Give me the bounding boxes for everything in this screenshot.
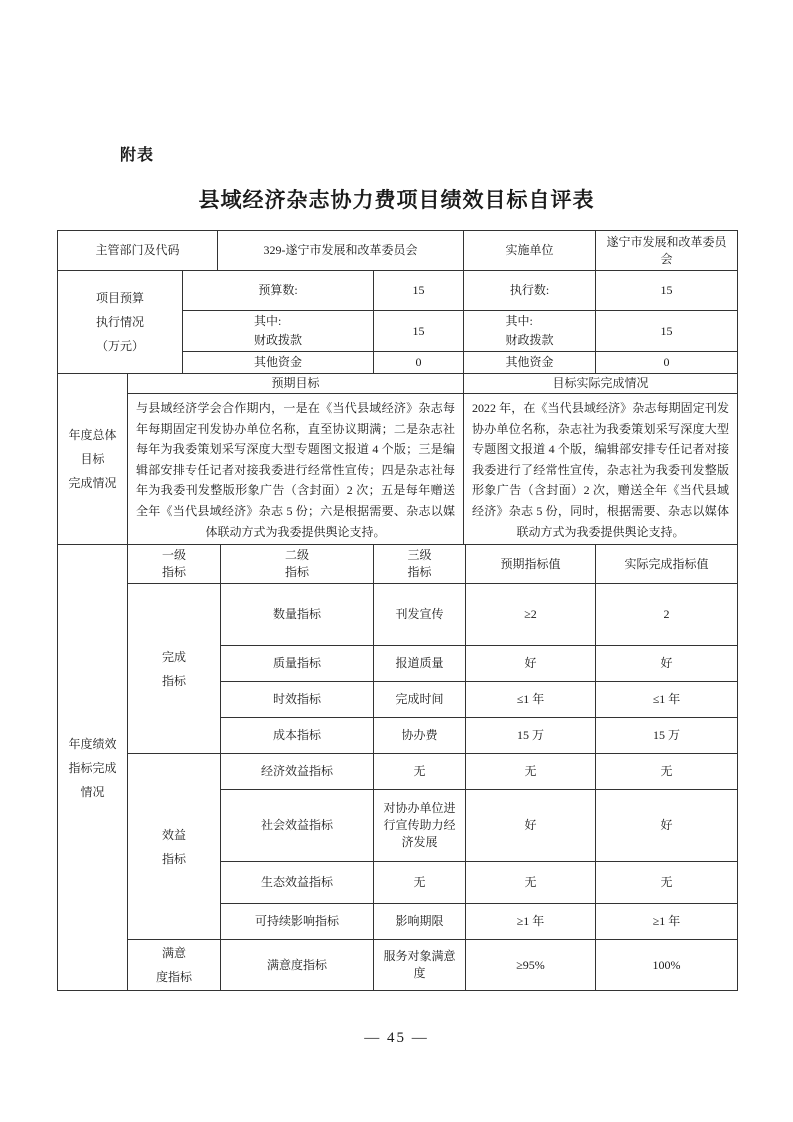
indicator-expected: ≥95% (466, 940, 596, 991)
indicator-level2: 可持续影响指标 (221, 904, 374, 940)
table-row: 与县域经济学会合作期内，一是在《当代县域经济》杂志每年每期固定刊发协办单位名称，… (58, 394, 738, 545)
actual-goal-header: 目标实际完成情况 (464, 374, 738, 394)
indicator-level2: 数量指标 (221, 584, 374, 646)
budget-other-label: 其他资金 (183, 352, 374, 374)
group-benefit-label: 效益 指标 (128, 754, 221, 940)
indicator-expected: ≥1 年 (466, 904, 596, 940)
table-row: 项目预算 执行情况 （万元） 预算数: 15 执行数: 15 (58, 271, 738, 311)
group-label-line: 指标 (130, 669, 218, 693)
fiscal-label-line: 财政拨款 (254, 331, 302, 350)
indicator-expected: 好 (466, 790, 596, 862)
indicators-band-label-line: 年度绩效 (60, 732, 125, 756)
budget-fiscal-value: 15 (374, 311, 464, 352)
indicator-level3: 完成时间 (374, 682, 466, 718)
indicator-level2: 成本指标 (221, 718, 374, 754)
budget-fiscal-label: 其中: 财政拨款 (183, 311, 374, 352)
indicator-level2: 时效指标 (221, 682, 374, 718)
indicators-band-label-line: 情况 (60, 780, 125, 804)
fiscal-label-line: 财政拨款 (505, 331, 553, 350)
indicator-level2: 生态效益指标 (221, 862, 374, 904)
group-label-line: 效益 (130, 823, 218, 847)
budget-band-label-line: （万元） (60, 334, 180, 358)
table-row: 满意 度指标 满意度指标 服务对象满意度 ≥95% 100% (58, 940, 738, 991)
budget-band-label: 项目预算 执行情况 （万元） (58, 271, 183, 374)
table-row: 效益 指标 经济效益指标 无 无 无 (58, 754, 738, 790)
indicators-band-label-line: 指标完成 (60, 756, 125, 780)
actual-goal-text: 2022 年，在《当代县域经济》杂志每期固定刊发协办单位名称，杂志社为我委策划采… (464, 394, 738, 545)
group-label-line: 度指标 (130, 965, 218, 989)
indicator-expected: 15 万 (466, 718, 596, 754)
annual-goal-band-label-line: 年度总体 (60, 423, 125, 447)
table-row: 主管部门及代码 329-遂宁市发展和改革委员会 实施单位 遂宁市发展和改革委员会 (58, 231, 738, 271)
level1-header-line: 指标 (130, 564, 218, 581)
level3-header: 三级 指标 (374, 545, 466, 584)
execution-other-value: 0 (596, 352, 738, 374)
band-department: 主管部门及代码 329-遂宁市发展和改革委员会 实施单位 遂宁市发展和改革委员会 (57, 230, 738, 271)
indicator-level3: 对协办单位进行宣传助力经济发展 (374, 790, 466, 862)
budget-number-value: 15 (374, 271, 464, 311)
fiscal-label-line: 其中: (505, 312, 553, 331)
impl-unit-value: 遂宁市发展和改革委员会 (596, 231, 738, 271)
band-annual-goal: 年度总体 目标 完成情况 预期目标 目标实际完成情况 与县域经济学会合作期内，一… (57, 373, 738, 545)
group-label-line: 指标 (130, 847, 218, 871)
table-row: 完成 指标 数量指标 刊发宣传 ≥2 2 (58, 584, 738, 646)
self-evaluation-table: 主管部门及代码 329-遂宁市发展和改革委员会 实施单位 遂宁市发展和改革委员会… (57, 230, 737, 991)
page-title: 县域经济杂志协力费项目绩效目标自评表 (0, 184, 793, 214)
expected-goal-text: 与县域经济学会合作期内，一是在《当代县域经济》杂志每年每期固定刊发协办单位名称，… (128, 394, 464, 545)
annual-goal-band-label-line: 目标 (60, 447, 125, 471)
indicator-actual: 无 (596, 862, 738, 904)
indicator-actual: ≥1 年 (596, 904, 738, 940)
indicator-actual: ≤1 年 (596, 682, 738, 718)
budget-band-label-line: 执行情况 (60, 310, 180, 334)
indicator-actual: 100% (596, 940, 738, 991)
impl-unit-label: 实施单位 (464, 231, 596, 271)
appendix-tag: 附表 (120, 142, 154, 165)
indicator-level3: 影响期限 (374, 904, 466, 940)
level3-header-line: 指标 (376, 564, 463, 581)
indicator-level3: 协办费 (374, 718, 466, 754)
execution-number-value: 15 (596, 271, 738, 311)
fiscal-label-line: 其中: (254, 312, 302, 331)
indicator-expected: ≥2 (466, 584, 596, 646)
indicator-level2: 质量指标 (221, 646, 374, 682)
page-number: — 45 — (0, 1030, 793, 1047)
indicator-expected: 好 (466, 646, 596, 682)
level1-header: 一级 指标 (128, 545, 221, 584)
annual-goal-band-label: 年度总体 目标 完成情况 (58, 374, 128, 545)
indicator-actual: 好 (596, 646, 738, 682)
indicator-expected: 无 (466, 862, 596, 904)
indicator-level3: 服务对象满意度 (374, 940, 466, 991)
budget-number-label: 预算数: (183, 271, 374, 311)
execution-number-label: 执行数: (464, 271, 596, 311)
band-budget: 项目预算 执行情况 （万元） 预算数: 15 执行数: 15 其中: 财政拨款 … (57, 270, 738, 374)
indicator-level3: 无 (374, 862, 466, 904)
indicator-actual: 15 万 (596, 718, 738, 754)
indicator-expected: ≤1 年 (466, 682, 596, 718)
indicator-expected: 无 (466, 754, 596, 790)
dept-code-value: 329-遂宁市发展和改革委员会 (218, 231, 464, 271)
indicator-level2: 经济效益指标 (221, 754, 374, 790)
budget-band-label-line: 项目预算 (60, 286, 180, 310)
level2-header-line: 指标 (223, 564, 371, 581)
table-row: 年度总体 目标 完成情况 预期目标 目标实际完成情况 (58, 374, 738, 394)
level3-header-line: 三级 (376, 547, 463, 564)
actual-value-header: 实际完成指标值 (596, 545, 738, 584)
execution-fiscal-label: 其中: 财政拨款 (464, 311, 596, 352)
group-completion-label: 完成 指标 (128, 584, 221, 754)
indicator-actual: 2 (596, 584, 738, 646)
budget-other-value: 0 (374, 352, 464, 374)
band-indicators: 年度绩效 指标完成 情况 一级 指标 二级 指标 三级 指标 预期指标值 实际完… (57, 544, 738, 991)
indicator-level3: 无 (374, 754, 466, 790)
level1-header-line: 一级 (130, 547, 218, 564)
dept-code-label: 主管部门及代码 (58, 231, 218, 271)
execution-fiscal-value: 15 (596, 311, 738, 352)
level2-header: 二级 指标 (221, 545, 374, 584)
execution-other-label: 其他资金 (464, 352, 596, 374)
group-label-line: 完成 (130, 645, 218, 669)
indicator-level2: 满意度指标 (221, 940, 374, 991)
table-row: 年度绩效 指标完成 情况 一级 指标 二级 指标 三级 指标 预期指标值 实际完… (58, 545, 738, 584)
group-label-line: 满意 (130, 941, 218, 965)
group-satisfaction-label: 满意 度指标 (128, 940, 221, 991)
indicators-band-label: 年度绩效 指标完成 情况 (58, 545, 128, 991)
annual-goal-band-label-line: 完成情况 (60, 471, 125, 495)
level2-header-line: 二级 (223, 547, 371, 564)
indicator-level3: 报道质量 (374, 646, 466, 682)
indicator-level3: 刊发宣传 (374, 584, 466, 646)
indicator-level2: 社会效益指标 (221, 790, 374, 862)
indicator-actual: 无 (596, 754, 738, 790)
indicator-actual: 好 (596, 790, 738, 862)
expected-goal-header: 预期目标 (128, 374, 464, 394)
expected-value-header: 预期指标值 (466, 545, 596, 584)
